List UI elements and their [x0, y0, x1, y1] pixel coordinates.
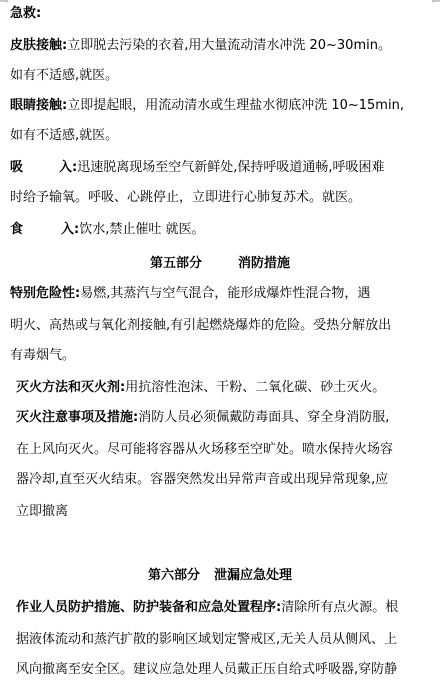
- special-hazard-line1: 特别危险性:易燃,其蒸汽与空气混合，能形成爆炸性混合物，遇: [10, 286, 370, 302]
- page-corner-mark-right-v: [432, 0, 433, 3]
- extinguishing-method-label: 灭火方法和灭火剂:: [16, 380, 125, 395]
- personnel-protection-line2: 据液体流动和蒸汽扩散的影响区域划定警戒区,无关人员从侧风、上: [16, 632, 397, 648]
- skin-contact-line2: 如有不适感,就医。: [10, 68, 118, 84]
- special-hazard-text: 易燃,其蒸汽与空气混合，能形成爆炸性混合物，遇: [80, 286, 370, 301]
- firefighting-precautions-label: 灭火注意事项及措施:: [16, 410, 138, 425]
- extinguishing-method-text: 用抗溶性泡沫、干粉、二氧化碳、砂土灭火。: [125, 380, 385, 395]
- firefighting-precautions-text: 消防人员必须佩戴防毒面具、穿全身消防服,: [138, 410, 389, 425]
- ingestion-line1: 食入:饮水,禁止催吐 就医。: [10, 222, 204, 238]
- firefighting-precautions-line4: 立即撤离: [16, 504, 68, 520]
- section6-title-name: 泄漏应急处理: [214, 568, 292, 583]
- extinguishing-method-line1: 灭火方法和灭火剂:用抗溶性泡沫、干粉、二氧化碳、砂土灭火。: [16, 380, 385, 396]
- eye-contact-line1: 眼睛接触:立即提起眼，用流动清水或生理盐水彻底冲洗 10~15min,: [10, 98, 404, 114]
- section5-title: 第五部分消防措施: [0, 256, 440, 272]
- section5-title-number: 第五部分: [150, 256, 202, 271]
- inhalation-line2: 时给予输氧。呼吸、心跳停止，立即进行心肺复苏术。就医。: [10, 190, 361, 206]
- special-hazard-line3: 有毒烟气。: [10, 348, 75, 364]
- ingestion-label-b: 入:: [61, 222, 79, 237]
- section5-title-name: 消防措施: [238, 256, 290, 271]
- section6-title-number: 第六部分: [148, 568, 200, 583]
- personnel-protection-text: 清除所有点火源。根: [281, 600, 398, 615]
- inhalation-label-a: 吸: [10, 160, 23, 175]
- skin-contact-label: 皮肤接触:: [10, 38, 67, 53]
- inhalation-text: 迅速脱离现场至空气新鲜处,保持呼吸道通畅,呼吸困难: [77, 160, 384, 175]
- skin-contact-text: 立即脱去污染的衣着,用大量流动清水冲洗 20~30min。: [67, 38, 391, 53]
- inhalation-line1: 吸入:迅速脱离现场至空气新鲜处,保持呼吸道通畅,呼吸困难: [10, 160, 384, 176]
- page-corner-mark-left-v: [7, 0, 8, 3]
- first-aid-heading: 急救:: [10, 6, 41, 22]
- ingestion-label-a: 食: [10, 222, 23, 237]
- ingestion-text: 饮水,禁止催吐 就医。: [79, 222, 204, 237]
- special-hazard-label: 特别危险性:: [10, 286, 80, 301]
- personnel-protection-line3: 风向撤离至安全区。建议应急处理人员戴正压自给式呼吸器,穿防静: [16, 662, 397, 678]
- firefighting-precautions-line1: 灭火注意事项及措施:消防人员必须佩戴防毒面具、穿全身消防服,: [16, 410, 389, 426]
- special-hazard-line2: 明火、高热或与氧化剂接触,有引起燃烧爆炸的危险。受热分解放出: [10, 318, 391, 334]
- inhalation-label-b: 入:: [59, 160, 77, 175]
- personnel-protection-label: 作业人员防护措施、防护装备和应急处置程序:: [16, 600, 281, 615]
- eye-contact-text: 立即提起眼，用流动清水或生理盐水彻底冲洗 10~15min,: [67, 98, 404, 113]
- section6-title: 第六部分泄漏应急处理: [0, 568, 440, 584]
- firefighting-precautions-line3: 器冷却,直至灭火结束。容器突然发出异常声音或出现异常现象,应: [16, 472, 388, 488]
- eye-contact-line2: 如有不适感,就医。: [10, 128, 118, 144]
- personnel-protection-line1: 作业人员防护措施、防护装备和应急处置程序:清除所有点火源。根: [16, 600, 398, 616]
- eye-contact-label: 眼睛接触:: [10, 98, 67, 113]
- page-corner-mark-right: [432, 0, 440, 2]
- skin-contact-line1: 皮肤接触:立即脱去污染的衣着,用大量流动清水冲洗 20~30min。: [10, 38, 391, 54]
- firefighting-precautions-line2: 在上风向灭火。尽可能将容器从火场移至空旷处。喷水保持火场容: [16, 442, 393, 458]
